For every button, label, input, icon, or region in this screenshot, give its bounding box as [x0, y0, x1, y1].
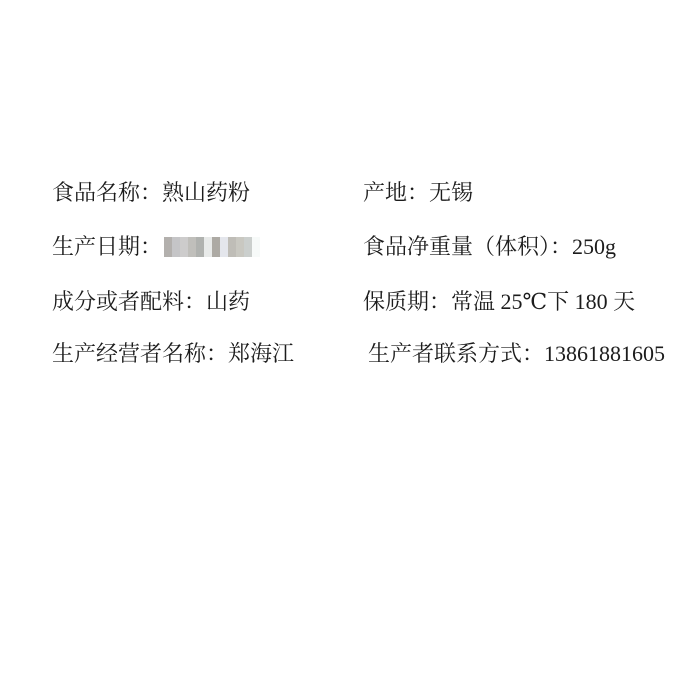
field-producer-contact: 生产者联系方式：13861881605: [368, 342, 665, 366]
field-origin: 产地：无锡: [363, 181, 473, 205]
pixelated-production-date: [164, 237, 260, 257]
field-shelf-life: 保质期：常温 25℃下 180 天: [363, 290, 635, 314]
field-net-weight: 食品净重量（体积）：250g: [363, 235, 616, 259]
field-food-name: 食品名称：熟山药粉: [52, 181, 250, 205]
field-producer-name: 生产经营者名称：郑海江: [52, 342, 294, 366]
field-production-date: 生产日期：: [52, 235, 260, 259]
field-production-date-label: 生产日期：: [52, 234, 162, 259]
field-ingredients: 成分或者配料：山药: [52, 290, 250, 314]
product-info-label: 食品名称：熟山药粉 产地：无锡 生产日期： 食品净重量（体积）：250g 成分或…: [0, 0, 700, 700]
